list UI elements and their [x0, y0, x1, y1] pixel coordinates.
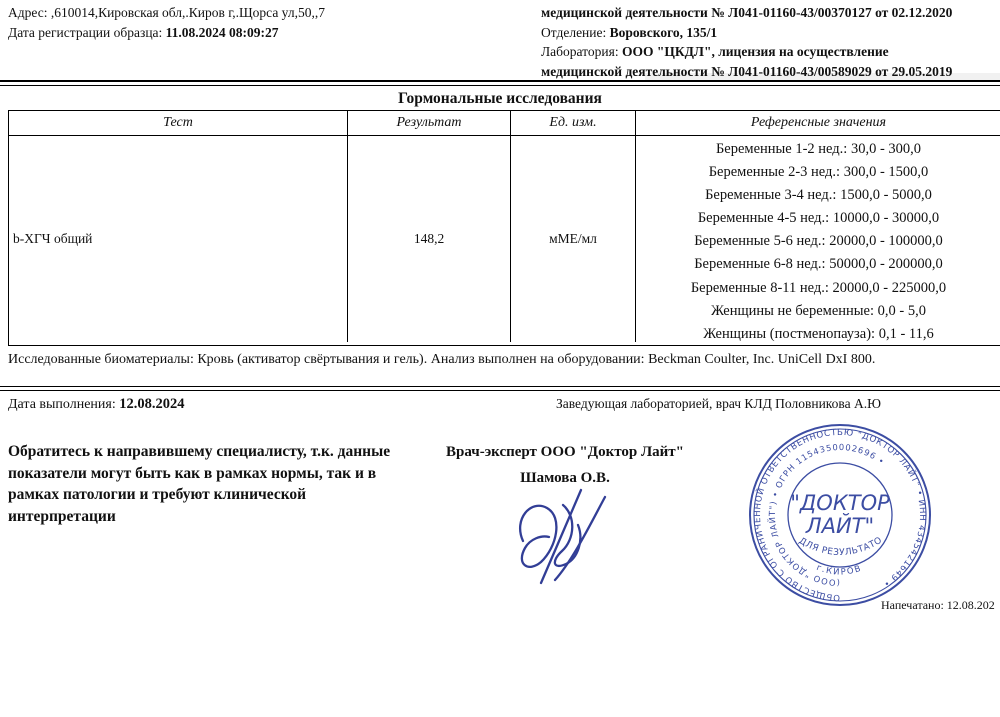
registration-value: 11.08.2024 08:09:27 [166, 25, 279, 40]
cell-reference-ranges: Беременные 1-2 нед.: 30,0 - 300,0 Береме… [636, 136, 1000, 342]
table-row: b-ХГЧ общий 148,2 мМЕ/мл Беременные 1-2 … [9, 136, 1000, 342]
department-label: Отделение: [541, 25, 606, 40]
license-line-2: медицинской деятельности № Л041-01160-43… [541, 62, 952, 82]
registration-label: Дата регистрации образца: [8, 25, 162, 40]
stamp-city-text: г.КИРОВ [815, 563, 864, 578]
cell-result-value: 148,2 [348, 136, 511, 342]
disclaimer-text: Обратитесь к направившему специалисту, т… [8, 441, 410, 527]
table-header-row: Тест Результат Ед. изм. Референсные знач… [9, 111, 1000, 136]
signature-scribble [503, 487, 623, 587]
department-line: Отделение: Воровского, 135/1 [541, 23, 952, 43]
license-line-1: медицинской деятельности № Л041-01160-43… [541, 3, 952, 23]
results-table: Тест Результат Ед. изм. Референсные знач… [8, 110, 1000, 346]
reference-range: Беременные 6-8 нед.: 50000,0 - 200000,0 [636, 253, 1000, 276]
section-title: Гормональные исследования [0, 90, 1000, 108]
reference-range: Беременные 2-3 нед.: 300,0 - 1500,0 [636, 161, 1000, 184]
reference-range: Беременные 5-6 нед.: 20000,0 - 100000,0 [636, 230, 1000, 253]
column-header-unit: Ед. изм. [511, 111, 636, 135]
completion-date-label: Дата выполнения: [8, 397, 116, 412]
laboratory-value: ООО "ЦКДЛ", лицензия на осуществление [622, 44, 889, 59]
reference-range: Беременные 1-2 нед.: 30,0 - 300,0 [636, 138, 1000, 161]
expert-name: Шамова О.В. [415, 470, 715, 487]
biomaterials-note: Исследованные биоматериалы: Кровь (актив… [8, 351, 976, 370]
header-left: Адрес: ,610014,Кировская обл,.Киров г,.Щ… [8, 3, 325, 43]
clinic-stamp: ОБЩЕСТВО С ОГРАНИЧЕННОЙ ОТВЕТСТВЕННОСТЬЮ… [747, 422, 933, 608]
expert-title: Врач-эксперт ООО "Доктор Лайт" [415, 444, 715, 461]
department-value: Воровского, 135/1 [610, 25, 718, 40]
completion-date-line: Дата выполнения: 12.08.2024 [8, 396, 184, 413]
address-label: Адрес: [8, 5, 47, 20]
reference-range: Беременные 4-5 нед.: 10000,0 - 30000,0 [636, 207, 1000, 230]
printed-timestamp: Напечатано: 12.08.202 [881, 598, 995, 613]
address-line: Адрес: ,610014,Кировская обл,.Киров г,.Щ… [8, 3, 325, 23]
reference-range: Женщины (постменопауза): 0,1 - 11,6 [636, 323, 1000, 346]
stamp-center-line1: "ДОКТОР [790, 491, 890, 515]
expert-block: Врач-эксперт ООО "Доктор Лайт" Шамова О.… [415, 444, 715, 487]
stamp-center-line2: ЛАЙТ" [805, 513, 874, 538]
reference-range: Беременные 3-4 нед.: 1500,0 - 5000,0 [636, 184, 1000, 207]
column-header-reference: Референсные значения [636, 111, 1000, 135]
column-header-test: Тест [9, 111, 348, 135]
header-divider [0, 80, 1000, 86]
header-right: медицинской деятельности № Л041-01160-43… [541, 3, 952, 81]
completion-date-value: 12.08.2024 [119, 396, 184, 412]
cell-test-name: b-ХГЧ общий [9, 136, 348, 342]
cell-unit: мМЕ/мл [511, 136, 636, 342]
laboratory-label: Лаборатория: [541, 44, 619, 59]
reference-range: Беременные 8-11 нед.: 20000,0 - 225000,0 [636, 277, 1000, 300]
lab-report-page: { "header": { "address_label": "Адрес:",… [0, 0, 1000, 717]
notes-divider [0, 386, 1000, 391]
laboratory-line: Лаборатория: ООО "ЦКДЛ", лицензия на осу… [541, 42, 952, 62]
reference-range: Женщины не беременные: 0,0 - 5,0 [636, 300, 1000, 323]
registration-line: Дата регистрации образца: 11.08.2024 08:… [8, 23, 325, 43]
column-header-result: Результат [348, 111, 511, 135]
address-value: ,610014,Кировская обл,.Киров г,.Щорса ул… [51, 5, 325, 20]
lab-head-signline: Заведующая лабораторией, врач КЛД Половн… [556, 396, 1000, 412]
